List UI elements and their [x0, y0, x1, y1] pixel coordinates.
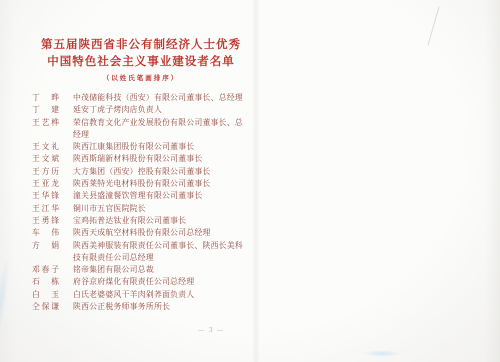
entry-name: 王勇锋	[32, 215, 59, 227]
list-item: 王艺桦荣信教育文化产业发展股份有限公司董事长、总经理	[32, 117, 250, 142]
entry-name: 丁晔	[32, 92, 59, 104]
entry-name: 仝保谦	[32, 301, 59, 313]
list-item: 丁晔中茂储能科技（西安）有限公司董事长、总经理	[32, 92, 250, 104]
entry-name: 邓春子	[32, 264, 59, 276]
list-item: 白玉白氏老婆婆风干羊肉剁荞面负责人	[32, 289, 250, 301]
entry-description: 潼关县盛潼餐饮管理有限公司董事长	[73, 190, 250, 202]
list-item: 石栋府谷京府煤化有限责任公司总经理	[32, 276, 250, 288]
entry-name: 王文斌	[32, 153, 59, 165]
entry-name: 白玉	[32, 289, 59, 301]
list-item: 王江华铜川市五官医院院长	[32, 203, 250, 215]
entry-name: 方娟	[32, 240, 59, 252]
list-item: 王华锋潼关县盛潼餐饮管理有限公司董事长	[32, 190, 250, 202]
entry-description: 中茂储能科技（西安）有限公司董事长、总经理	[73, 92, 250, 104]
entry-description: 陕西美神服装有限责任公司董事长、陕西长美科技有限责任公司总经理	[73, 240, 250, 265]
entry-name: 王文礼	[32, 141, 59, 153]
list-item: 丁建延安丁虎子烤肉店负责人	[32, 104, 250, 116]
entry-description: 宝鸡拓普达钛业有限公司董事长	[73, 215, 250, 227]
entry-description: 陕西公正税务师事务所所长	[73, 301, 250, 313]
list-item: 王亚龙陕西莱特光电材料股份有限公司董事长	[32, 178, 250, 190]
list-item: 方娟陕西美神服装有限责任公司董事长、陕西长美科技有限责任公司总经理	[32, 240, 250, 265]
entry-name: 丁建	[32, 104, 59, 116]
list-item: 王文礼陕西江康集团股份有限公司董事长	[32, 141, 250, 153]
right-page: 郑永利宝鸡鑫诺特材股份有限公司董事长赵超陕西步长制药有限公司董事长赵占明陕西千丰…	[256, 0, 500, 362]
entry-description: 延安丁虎子烤肉店负责人	[73, 104, 250, 116]
left-entry-list: 丁晔中茂储能科技（西安）有限公司董事长、总经理丁建延安丁虎子烤肉店负责人王艺桦荣…	[32, 92, 250, 313]
title-line-1: 第五届陕西省非公有制经济人士优秀	[28, 36, 254, 53]
entry-description: 荣信教育文化产业发展股份有限公司董事长、总经理	[73, 117, 250, 142]
left-page-number: — 3 —	[198, 326, 224, 334]
entry-name: 王艺桦	[32, 117, 59, 129]
list-item: 王方历大方集团（西安）控股有限公司董事长	[32, 166, 250, 178]
entry-description: 陕西斯瑞新材料股份有限公司董事长	[73, 153, 250, 165]
entry-name: 王亚龙	[32, 178, 59, 190]
left-page: 第五届陕西省非公有制经济人士优秀 中国特色社会主义事业建设者名单 （以姓氏笔画排…	[0, 0, 256, 362]
list-item: 车伟陕西天成航空材料股份有限公司总经理	[32, 227, 250, 239]
title-line-2: 中国特色社会主义事业建设者名单	[28, 53, 254, 70]
entry-description: 府谷京府煤化有限责任公司总经理	[73, 276, 250, 288]
entry-name: 王江华	[32, 203, 59, 215]
entry-description: 陕西江康集团股份有限公司董事长	[73, 141, 250, 153]
list-item: 仝保谦陕西公正税务师事务所所长	[32, 301, 250, 313]
entry-name: 王华锋	[32, 190, 59, 202]
entry-name: 车伟	[32, 227, 59, 239]
document-title: 第五届陕西省非公有制经济人士优秀 中国特色社会主义事业建设者名单 （以姓氏笔画排…	[28, 36, 254, 82]
entry-description: 白氏老婆婆风干羊肉剁荞面负责人	[73, 289, 250, 301]
entry-description: 陕西天成航空材料股份有限公司总经理	[73, 227, 250, 239]
list-item: 王文斌陕西斯瑞新材料股份有限公司董事长	[32, 153, 250, 165]
title-subtitle: （以姓氏笔画排序）	[28, 73, 254, 82]
entry-name: 石栋	[32, 276, 59, 288]
entry-description: 铭帝集团有限公司总裁	[73, 264, 250, 276]
entry-description: 铜川市五官医院院长	[73, 203, 250, 215]
entry-description: 大方集团（西安）控股有限公司董事长	[73, 166, 250, 178]
list-item: 邓春子铭帝集团有限公司总裁	[32, 264, 250, 276]
list-item: 王勇锋宝鸡拓普达钛业有限公司董事长	[32, 215, 250, 227]
entry-name: 王方历	[32, 166, 59, 178]
entry-description: 陕西莱特光电材料股份有限公司董事长	[73, 178, 250, 190]
